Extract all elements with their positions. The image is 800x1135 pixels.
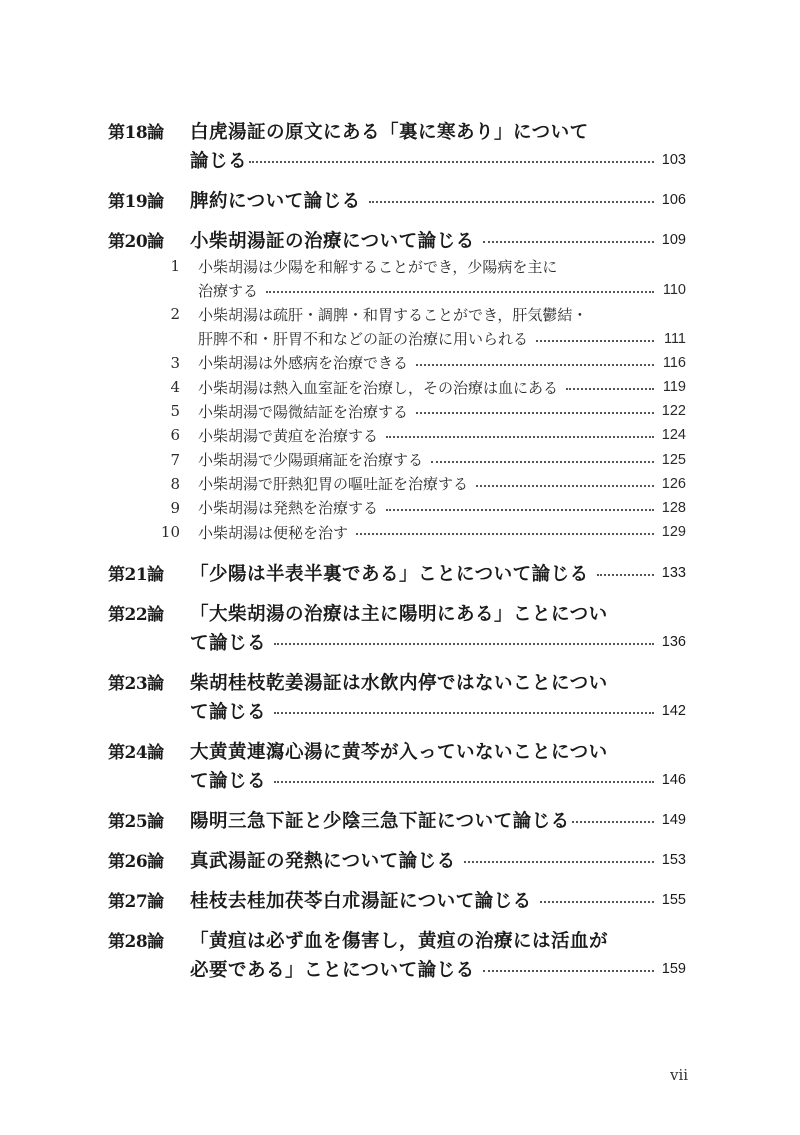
entry-title: 陽明三急下証と少陰三急下証について論じる bbox=[190, 807, 570, 833]
section-number: 1 bbox=[108, 257, 198, 275]
subentry-title: 小柴胡湯で黄疸を治療する bbox=[198, 425, 378, 446]
page-number: 133 bbox=[658, 565, 686, 581]
page-number: 146 bbox=[658, 772, 686, 788]
entry-title-cont: て論じる bbox=[190, 767, 266, 793]
page-number: 153 bbox=[658, 852, 686, 868]
subentry-title: 小柴胡湯で肝熱犯胃の嘔吐証を治療する bbox=[198, 473, 468, 494]
chapter-label: 第28論 bbox=[108, 927, 190, 952]
dot-leader bbox=[249, 161, 654, 163]
dot-leader bbox=[416, 412, 654, 414]
section-number: 10 bbox=[108, 523, 198, 541]
entry-title-cont: 必要である」ことについて論じる bbox=[190, 956, 475, 982]
section-number: 5 bbox=[108, 402, 198, 420]
chapter-label: 第20論 bbox=[108, 227, 190, 252]
entry-title: 柴胡桂枝乾姜湯証は水飲内停ではないことについ bbox=[190, 669, 608, 695]
toc-entry-24[interactable]: 第24論 大黄黄連瀉心湯に黄芩が入っていないことについ て論じる 146 bbox=[108, 736, 686, 794]
subentry-title: 小柴胡湯は少陽を和解することができ，少陽病を主に bbox=[198, 256, 557, 277]
page-number: 126 bbox=[658, 476, 686, 492]
entry-title: 桂枝去桂加茯苓白朮湯証について論じる bbox=[190, 887, 532, 913]
section-number: 7 bbox=[108, 451, 198, 469]
page-number: 106 bbox=[658, 192, 686, 208]
entry-title-cont: て論じる bbox=[190, 629, 266, 655]
entry-title: 「少陽は半表半裏である」ことについて論じる bbox=[190, 560, 589, 586]
toc-entry-26[interactable]: 第26論 真武湯証の発熱について論じる 153 bbox=[108, 845, 686, 874]
dot-leader bbox=[431, 461, 654, 463]
chapter-label: 第18論 bbox=[108, 118, 190, 143]
toc-subentry-20-7[interactable]: 7 小柴胡湯で少陽頭痛証を治療する 125 bbox=[108, 448, 686, 472]
dot-leader bbox=[476, 485, 654, 487]
subentry-title-cont: 治療する bbox=[198, 280, 258, 301]
toc-entry-18[interactable]: 第18論 白虎湯証の原文にある「裏に寒あり」について 論じる 103 bbox=[108, 116, 686, 174]
toc-entry-27[interactable]: 第27論 桂枝去桂加茯苓白朮湯証について論じる 155 bbox=[108, 885, 686, 914]
entry-title: 白虎湯証の原文にある「裏に寒あり」について bbox=[190, 118, 589, 144]
toc-subentry-20-1[interactable]: 1 小柴胡湯は少陽を和解することができ，少陽病を主に 治療する 110 bbox=[108, 254, 686, 302]
dot-leader bbox=[386, 436, 654, 438]
toc-subentry-20-3[interactable]: 3 小柴胡湯は外感病を治療できる 116 bbox=[108, 351, 686, 375]
page-number: 136 bbox=[658, 634, 686, 650]
section-number: 9 bbox=[108, 499, 198, 517]
subentry-title-cont: 肝脾不和・肝胃不和などの証の治療に用いられる bbox=[198, 328, 528, 349]
page-number: 103 bbox=[658, 152, 686, 168]
dot-leader bbox=[274, 781, 654, 783]
dot-leader bbox=[483, 241, 654, 243]
page-number: 159 bbox=[658, 961, 686, 977]
page-number: 125 bbox=[658, 452, 686, 468]
toc-page: 第18論 白虎湯証の原文にある「裏に寒あり」について 論じる 103 第19論 … bbox=[0, 0, 800, 1135]
section-number: 8 bbox=[108, 475, 198, 493]
subentry-title: 小柴胡湯は発熱を治療する bbox=[198, 497, 378, 518]
page-number: 111 bbox=[658, 331, 686, 347]
chapter-label: 第24論 bbox=[108, 738, 190, 763]
page-number: 124 bbox=[658, 427, 686, 443]
page-number: 129 bbox=[658, 524, 686, 540]
entry-title: 真武湯証の発熱について論じる bbox=[190, 847, 456, 873]
dot-leader bbox=[274, 643, 654, 645]
dot-leader bbox=[540, 901, 654, 903]
toc-entry-28[interactable]: 第28論 「黄疸は必ず血を傷害し，黄疸の治療には活血が 必要である」ことについて… bbox=[108, 925, 686, 983]
chapter-label: 第22論 bbox=[108, 600, 190, 625]
chapter-label: 第21論 bbox=[108, 560, 190, 585]
toc-entry-19[interactable]: 第19論 脾約について論じる 106 bbox=[108, 185, 686, 214]
entry-title: 脾約について論じる bbox=[190, 187, 361, 213]
toc-subentry-20-10[interactable]: 10 小柴胡湯は便秘を治す 129 bbox=[108, 520, 686, 544]
section-number: 6 bbox=[108, 426, 198, 444]
subentry-title: 小柴胡湯は疏肝・調脾・和胃することができ，肝気鬱結・ bbox=[198, 304, 587, 325]
dot-leader bbox=[356, 533, 654, 535]
dot-leader bbox=[572, 821, 654, 823]
section-number: 3 bbox=[108, 354, 198, 372]
subentry-title: 小柴胡湯は外感病を治療できる bbox=[198, 352, 408, 373]
section-number: 4 bbox=[108, 378, 198, 396]
dot-leader bbox=[266, 291, 654, 293]
chapter-label: 第25論 bbox=[108, 807, 190, 832]
dot-leader bbox=[597, 574, 654, 576]
dot-leader bbox=[274, 712, 654, 714]
subentry-title: 小柴胡湯で少陽頭痛証を治療する bbox=[198, 449, 423, 470]
chapter-label: 第19論 bbox=[108, 187, 190, 212]
dot-leader bbox=[386, 509, 654, 511]
toc-subentry-20-9[interactable]: 9 小柴胡湯は発熱を治療する 128 bbox=[108, 496, 686, 520]
chapter-label: 第23論 bbox=[108, 669, 190, 694]
toc-subentry-20-6[interactable]: 6 小柴胡湯で黄疸を治療する 124 bbox=[108, 423, 686, 447]
toc-subentry-20-4[interactable]: 4 小柴胡湯は熱入血室証を治療し，その治療は血にある 119 bbox=[108, 375, 686, 399]
entry-title: 「大柴胡湯の治療は主に陽明にある」ことについ bbox=[190, 600, 608, 626]
toc-entry-25[interactable]: 第25論 陽明三急下証と少陰三急下証について論じる 149 bbox=[108, 805, 686, 834]
page-number: 109 bbox=[658, 232, 686, 248]
entry-title-cont: て論じる bbox=[190, 698, 266, 724]
dot-leader bbox=[369, 201, 654, 203]
page-number: 128 bbox=[658, 500, 686, 516]
chapter-label: 第26論 bbox=[108, 847, 190, 872]
toc-subentry-20-5[interactable]: 5 小柴胡湯で陽微結証を治療する 122 bbox=[108, 399, 686, 423]
toc-entry-20[interactable]: 第20論 小柴胡湯証の治療について論じる 109 bbox=[108, 225, 686, 254]
dot-leader bbox=[536, 340, 654, 342]
entry-title: 大黄黄連瀉心湯に黄芩が入っていないことについ bbox=[190, 738, 608, 764]
page-number: 155 bbox=[658, 892, 686, 908]
page-number: 122 bbox=[658, 403, 686, 419]
toc-entry-23[interactable]: 第23論 柴胡桂枝乾姜湯証は水飲内停ではないことについ て論じる 142 bbox=[108, 667, 686, 725]
page-number: 142 bbox=[658, 703, 686, 719]
entry-title-cont: 論じる bbox=[190, 147, 247, 173]
section-number: 2 bbox=[108, 305, 198, 323]
entry-title: 小柴胡湯証の治療について論じる bbox=[190, 227, 475, 253]
dot-leader bbox=[483, 970, 654, 972]
subentry-title: 小柴胡湯で陽微結証を治療する bbox=[198, 401, 408, 422]
entry-title: 「黄疸は必ず血を傷害し，黄疸の治療には活血が bbox=[190, 927, 608, 953]
chapter-label: 第27論 bbox=[108, 887, 190, 912]
subentry-title: 小柴胡湯は熱入血室証を治療し，その治療は血にある bbox=[198, 377, 558, 398]
toc-entry-22[interactable]: 第22論 「大柴胡湯の治療は主に陽明にある」ことについ て論じる 136 bbox=[108, 598, 686, 656]
dot-leader bbox=[566, 388, 654, 390]
page-folio: vii bbox=[670, 1066, 688, 1084]
page-number: 149 bbox=[658, 812, 686, 828]
page-number: 119 bbox=[658, 379, 686, 395]
dot-leader bbox=[464, 861, 654, 863]
table-of-contents: 第18論 白虎湯証の原文にある「裏に寒あり」について 論じる 103 第19論 … bbox=[108, 116, 686, 983]
toc-subentry-20-2[interactable]: 2 小柴胡湯は疏肝・調脾・和胃することができ，肝気鬱結・ 肝脾不和・肝胃不和など… bbox=[108, 302, 686, 350]
subentry-title: 小柴胡湯は便秘を治す bbox=[198, 522, 348, 543]
page-number: 116 bbox=[658, 355, 686, 371]
toc-entry-21[interactable]: 第21論 「少陽は半表半裏である」ことについて論じる 133 bbox=[108, 558, 686, 587]
dot-leader bbox=[416, 364, 654, 366]
toc-subentry-20-8[interactable]: 8 小柴胡湯で肝熱犯胃の嘔吐証を治療する 126 bbox=[108, 472, 686, 496]
page-number: 110 bbox=[658, 282, 686, 298]
